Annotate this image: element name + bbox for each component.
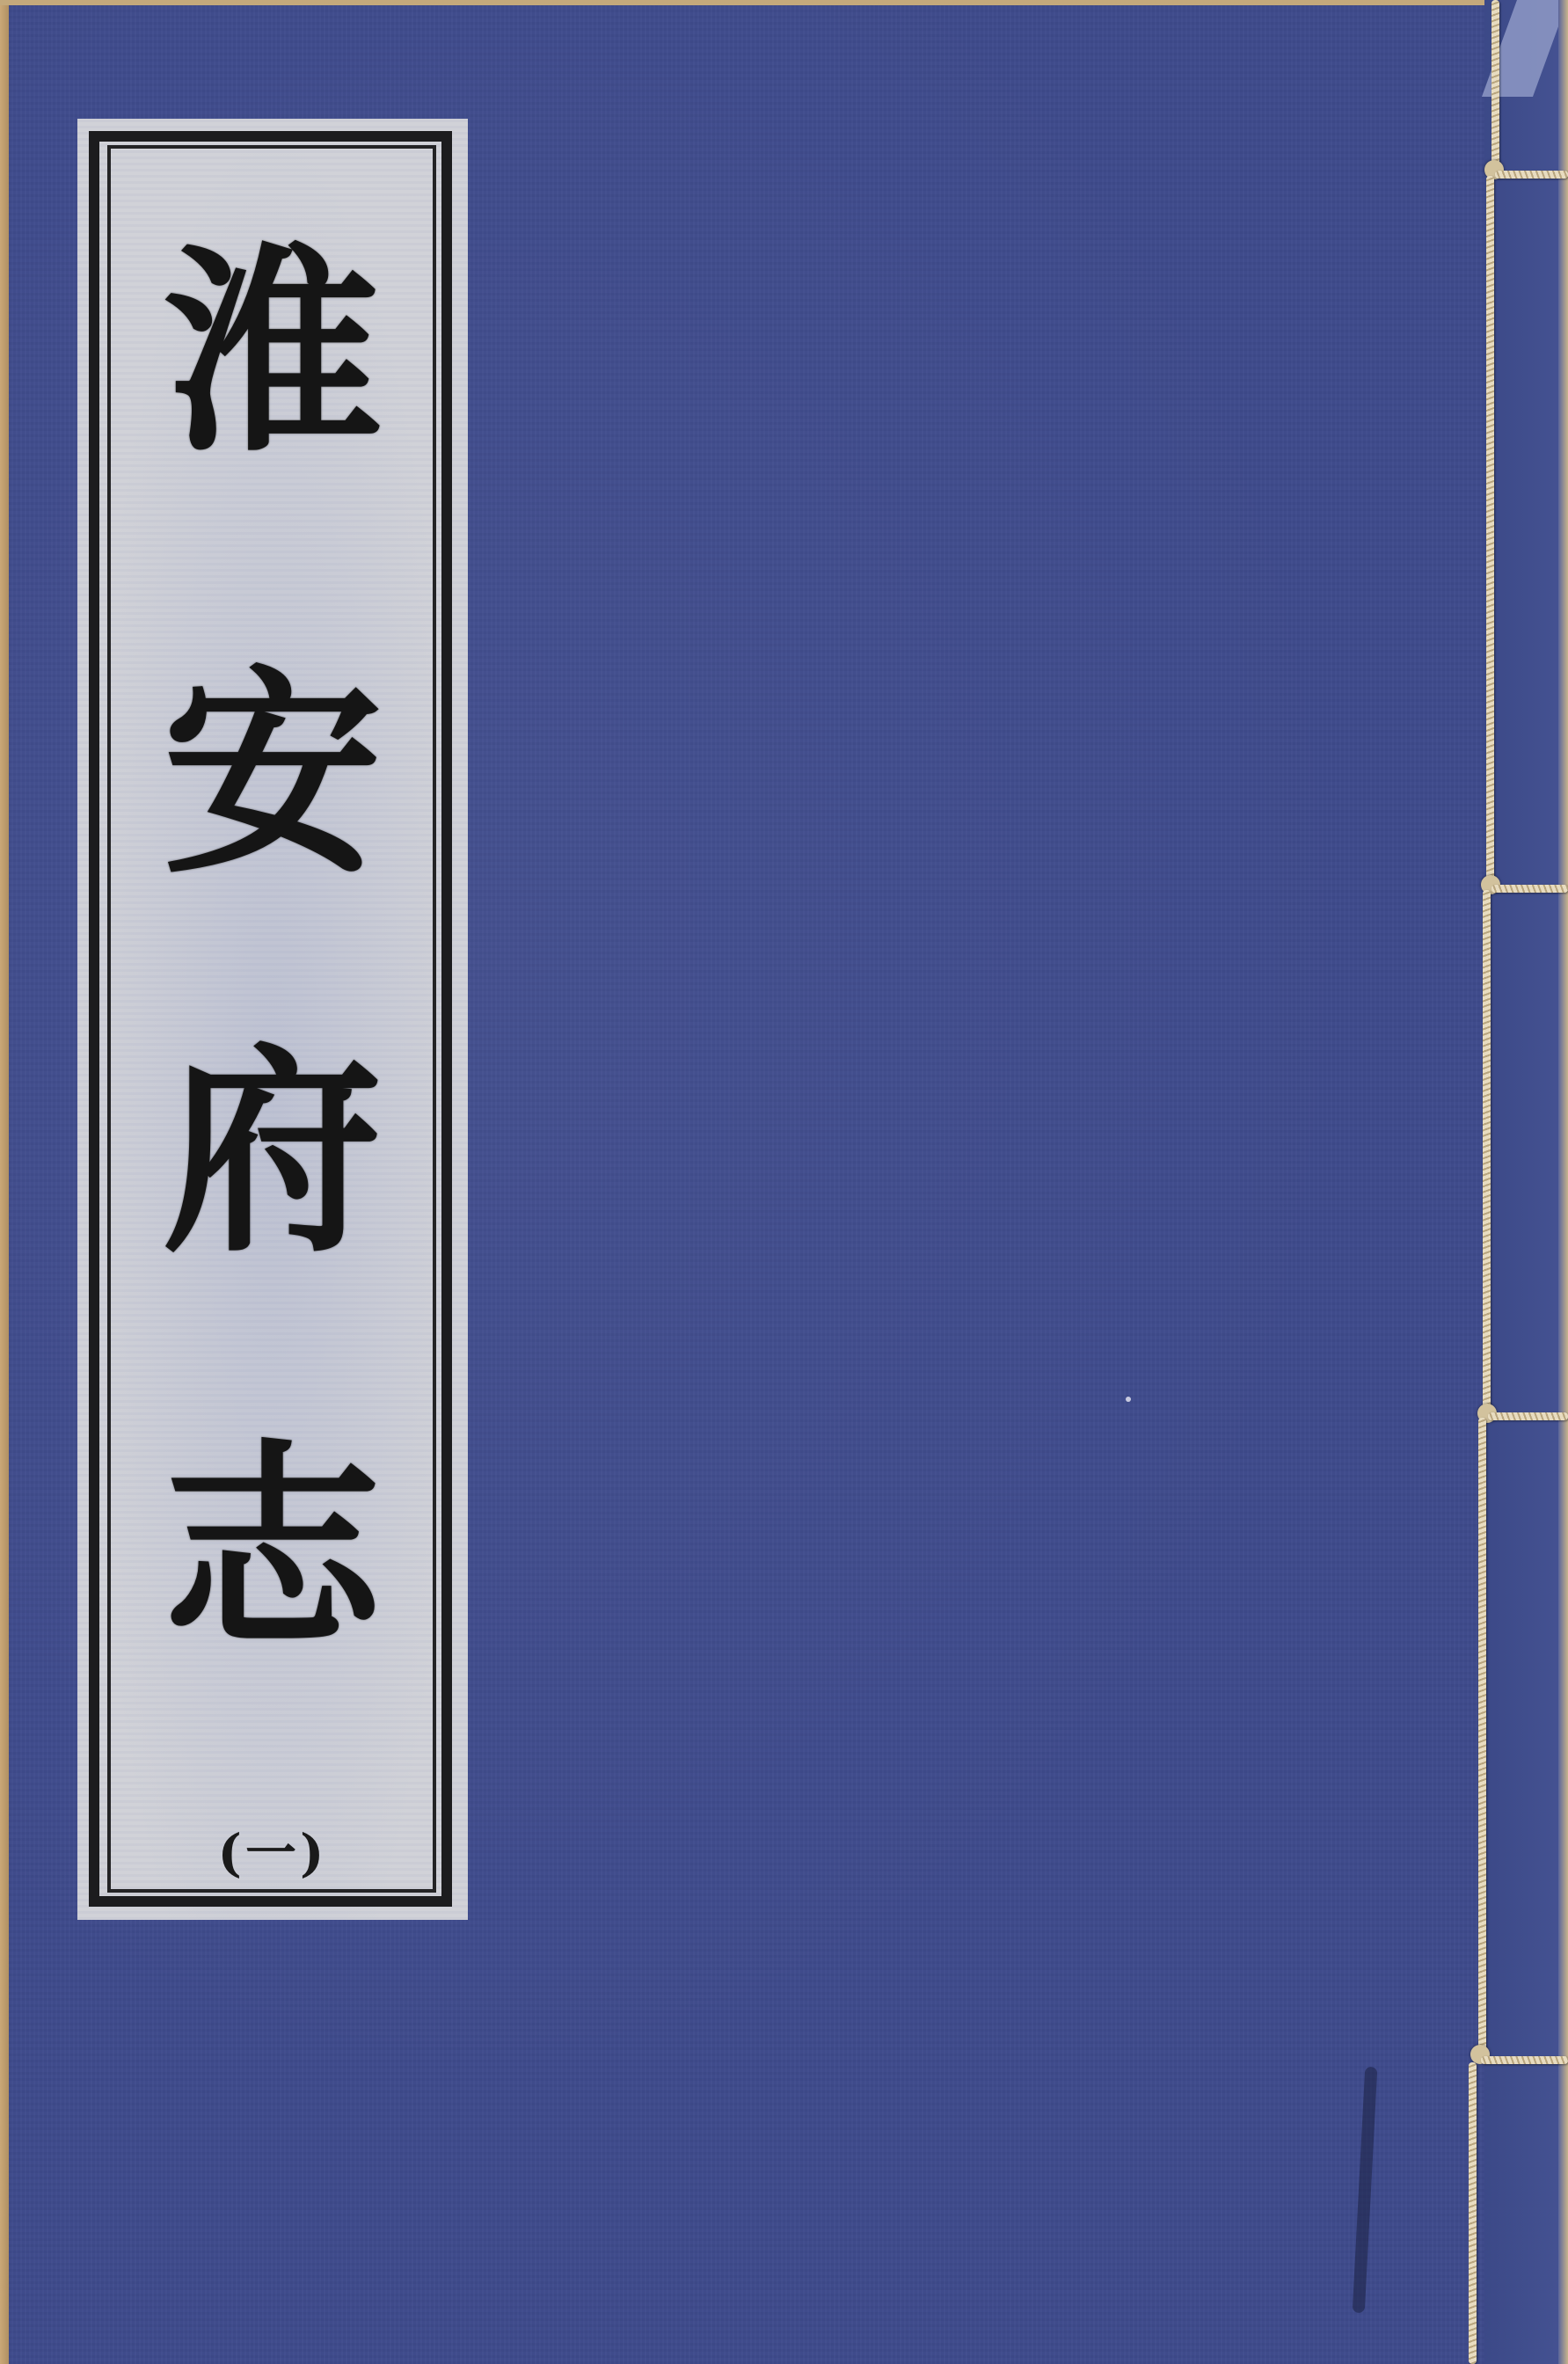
spine-edge	[1558, 0, 1568, 2364]
page-edge-left	[0, 0, 9, 2364]
binding-stitch	[1481, 2056, 1568, 2064]
title-label: 淮 安 府 志 (一)	[77, 119, 468, 1920]
binding-thread-vertical	[1491, 0, 1499, 171]
binding-thread-vertical	[1469, 2062, 1477, 2364]
binding-thread-vertical	[1478, 1418, 1486, 2051]
binding-stitch	[1495, 171, 1568, 179]
title-char-2: 安	[77, 664, 468, 884]
binding-thread-vertical	[1486, 176, 1494, 884]
binding-thread-vertical	[1483, 890, 1491, 1413]
title-char-1: 淮	[77, 242, 468, 462]
binding-stitch	[1488, 1412, 1568, 1420]
binding-spine	[1484, 0, 1568, 2364]
volume-number: (一)	[77, 1812, 468, 1886]
paper-speck	[1126, 1397, 1131, 1402]
title-char-3: 府	[77, 1042, 468, 1262]
title-char-4: 志	[77, 1438, 468, 1658]
binding-stitch	[1491, 885, 1568, 893]
page-edge-top	[0, 0, 1568, 5]
